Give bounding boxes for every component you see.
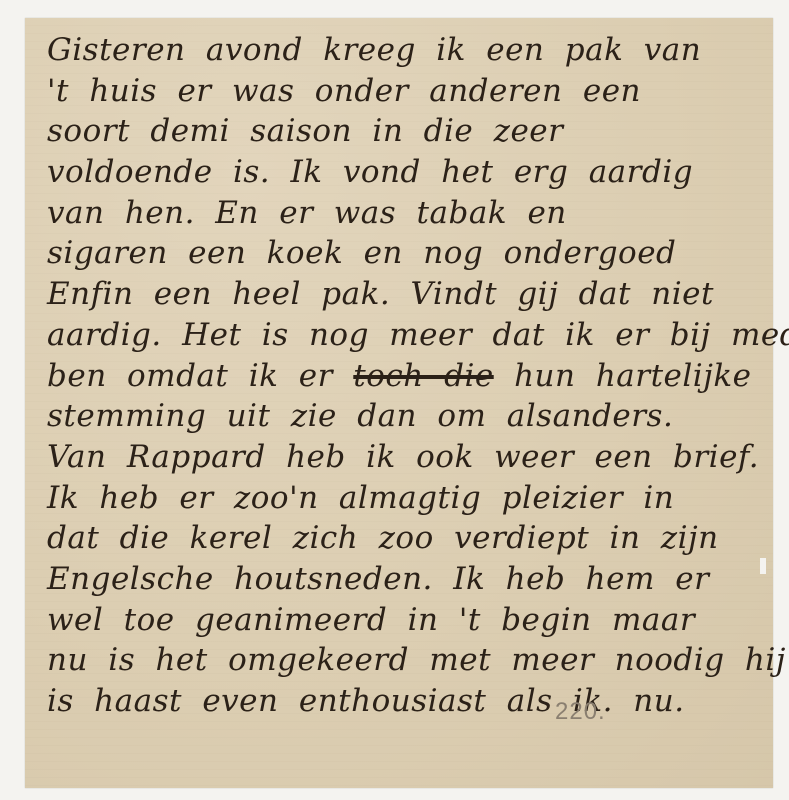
letter-line-11: Van Rappard heb ik ook weer een brief. — [47, 437, 767, 478]
letter-line-2: 't huis er was onder anderen een — [47, 71, 767, 112]
letter-line-4: voldoende is. Ik vond het erg aardig — [47, 152, 767, 193]
letter-line-9: ben omdat ik er toch die hun hartelijke — [47, 356, 767, 397]
paper-edge-notch — [760, 558, 766, 574]
letter-line-10: stemming uit zie dan om alsanders. — [47, 396, 767, 437]
letter-line-3: soort demi saison in die zeer — [47, 111, 767, 152]
struck-out-words: toch die — [353, 358, 493, 394]
line-9-end: hun hartelijke — [514, 358, 751, 394]
letter-line-8: aardig. Het is nog meer dat ik er bij me… — [47, 315, 767, 356]
letter-line-17: is haast even enthousiast als ik. nu. — [47, 681, 767, 722]
letter-line-12: Ik heb er zoo'n almagtig pleizier in — [47, 478, 767, 519]
letter-line-14: Engelsche houtsneden. Ik heb hem er — [47, 559, 767, 600]
letter-body: Gisteren avond kreeg ik een pak van 't h… — [47, 30, 767, 722]
letter-page: Gisteren avond kreeg ik een pak van 't h… — [25, 18, 773, 788]
letter-line-6: sigaren een koek en nog ondergoed — [47, 233, 767, 274]
letter-line-15: wel toe geanimeerd in 't begin maar — [47, 600, 767, 641]
line-9-start: ben omdat ik er — [47, 358, 333, 394]
letter-line-5: van hen. En er was tabak en — [47, 193, 767, 234]
letter-line-1: Gisteren avond kreeg ik een pak van — [47, 30, 767, 71]
letter-line-13: dat die kerel zich zoo verdiept in zijn — [47, 518, 767, 559]
page-number: 220. — [555, 698, 606, 726]
letter-line-7: Enfin een heel pak. Vindt gij dat niet — [47, 274, 767, 315]
letter-line-16: nu is het omgekeerd met meer noodig hij — [47, 640, 767, 681]
